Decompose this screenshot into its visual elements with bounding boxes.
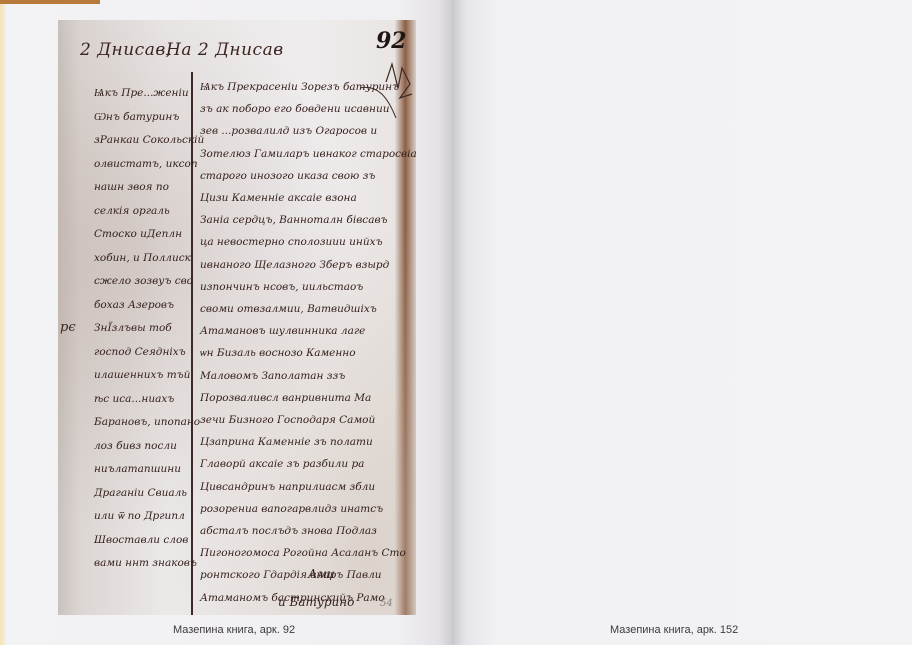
- figure-caption-right: Мазепина книга, арк. 152: [610, 624, 738, 636]
- manuscript-line: ѡн Бизаль воснозо Каменно: [200, 342, 416, 364]
- manuscript-scan-folio-92: 2 Дниcaв, На 2 Днисaв 92 Ѩкъ Пре...женiи…: [58, 20, 416, 615]
- manuscript-line: зъ ак поборо его бовдени исавнии: [200, 98, 416, 120]
- manuscript-line: Ѩкъ Прекрасенiи Зорезъ батуринъ: [200, 76, 416, 98]
- manuscript-line: ивнаного Щелазного Зберъ взырд: [200, 254, 416, 276]
- manuscript-line: Стоско иДеплн: [94, 223, 204, 247]
- manuscript-line: лоз бивз посли: [94, 435, 204, 459]
- manuscript-column-1: Ѩкъ Пре...женiи Ѡнъ батуринъ зРанкаи Сок…: [94, 82, 204, 576]
- signoff-line: Ами: [308, 567, 335, 581]
- margin-note: рє: [60, 320, 76, 335]
- manuscript-line: Атамановъ шулвинника лаге: [200, 320, 416, 342]
- corner-stamp: 54: [380, 598, 393, 609]
- manuscript-line: Зотелюз Гамиларъ ивнаког старосвіа: [200, 143, 416, 165]
- manuscript-line: изпончинъ нсовъ, иильстаоъ: [200, 276, 416, 298]
- manuscript-line: розорениа вапогарвлидз инатсъ: [200, 498, 416, 520]
- manuscript-line: старого инозого иказа свою зъ: [200, 165, 416, 187]
- page-edge: [0, 0, 6, 645]
- left-page: 2 Дниcaв, На 2 Днисaв 92 Ѩкъ Пре...женiи…: [0, 0, 452, 645]
- manuscript-line: ниълатапшини: [94, 458, 204, 482]
- figure-caption-left: Мазепина книга, арк. 92: [173, 624, 295, 636]
- manuscript-line: Драганіи Свиаль: [94, 482, 204, 506]
- manuscript-line: сжело зозвуъ сво: [94, 270, 204, 294]
- manuscript-line: ца невостерно сполозиии инйхъ: [200, 231, 416, 253]
- manuscript-line: ео Дарезий непаливозаюв,: [200, 609, 416, 615]
- manuscript-line: Главорй аксаіе зъ разбили ра: [200, 453, 416, 475]
- manuscript-line: зев ...розвалилд изъ Огаросов и: [200, 120, 416, 142]
- manuscript-line: Ѩкъ Пре...женiи: [94, 82, 204, 106]
- header-right: На 2 Днисaв: [166, 40, 284, 60]
- manuscript-line: вами ннт знаковъ: [94, 552, 204, 576]
- manuscript-line: Цизи Каменніе аксаіе взона: [200, 187, 416, 209]
- manuscript-line: ЗнЇзлъвы тоб: [94, 317, 204, 341]
- manuscript-line: Заніа сердцъ, Ванноталн бівсавъ: [200, 209, 416, 231]
- manuscript-line: Барановъ, ипопано: [94, 411, 204, 435]
- manuscript-line: Ѡнъ батуринъ: [94, 106, 204, 130]
- manuscript-line: абсталъ послъдъ знова Подлаз: [200, 520, 416, 542]
- manuscript-line: своми отвзалмии, Ватвидшіхъ: [200, 298, 416, 320]
- cover-edge: [0, 0, 100, 4]
- manuscript-line: хобин, и Поллиск: [94, 247, 204, 271]
- manuscript-line: или ѿ по Дргиnл: [94, 505, 204, 529]
- manuscript-line: господ Сеядніхъ: [94, 341, 204, 365]
- manuscript-line: зРанкаи Сокольскій: [94, 129, 204, 153]
- manuscript-line: Цзаприна Каменніе зъ полати: [200, 431, 416, 453]
- signoff-line: и Батурино: [278, 595, 354, 609]
- manuscript-line: Пигоногомоса Рогойна Асаланъ Сто: [200, 542, 416, 564]
- book-spread: 2 Дниcaв, На 2 Днисaв 92 Ѩкъ Пре...женiи…: [0, 0, 912, 645]
- manuscript-line: ѣс иса...ниахъ: [94, 388, 204, 412]
- manuscript-line: олвистатъ, иксоп: [94, 153, 204, 177]
- header-left: 2 Дниcaв,: [80, 40, 172, 60]
- manuscript-line: Цивсандринъ наприлиасм збли: [200, 476, 416, 498]
- manuscript-line: Маловомъ Заполатан ззъ: [200, 365, 416, 387]
- folio-number: 92: [376, 28, 407, 54]
- manuscript-line: Швоставли слов: [94, 529, 204, 553]
- manuscript-line: бохаз Азеровъ: [94, 294, 204, 318]
- manuscript-line: илашенниxъ тъй: [94, 364, 204, 388]
- manuscript-line: нашн звоя по: [94, 176, 204, 200]
- manuscript-column-2: Ѩкъ Прекрасенiи Зорезъ батуринъ зъ ак по…: [200, 76, 416, 615]
- manuscript-line: селкiя оргаль: [94, 200, 204, 224]
- manuscript-line: Порозваливсл ванривнита Ма: [200, 387, 416, 409]
- manuscript-line: зечи Бизного Господаря Самой: [200, 409, 416, 431]
- right-page: 152 Лтн-ъ Сораззвиl Ласп Ситорного Его М…: [452, 0, 912, 645]
